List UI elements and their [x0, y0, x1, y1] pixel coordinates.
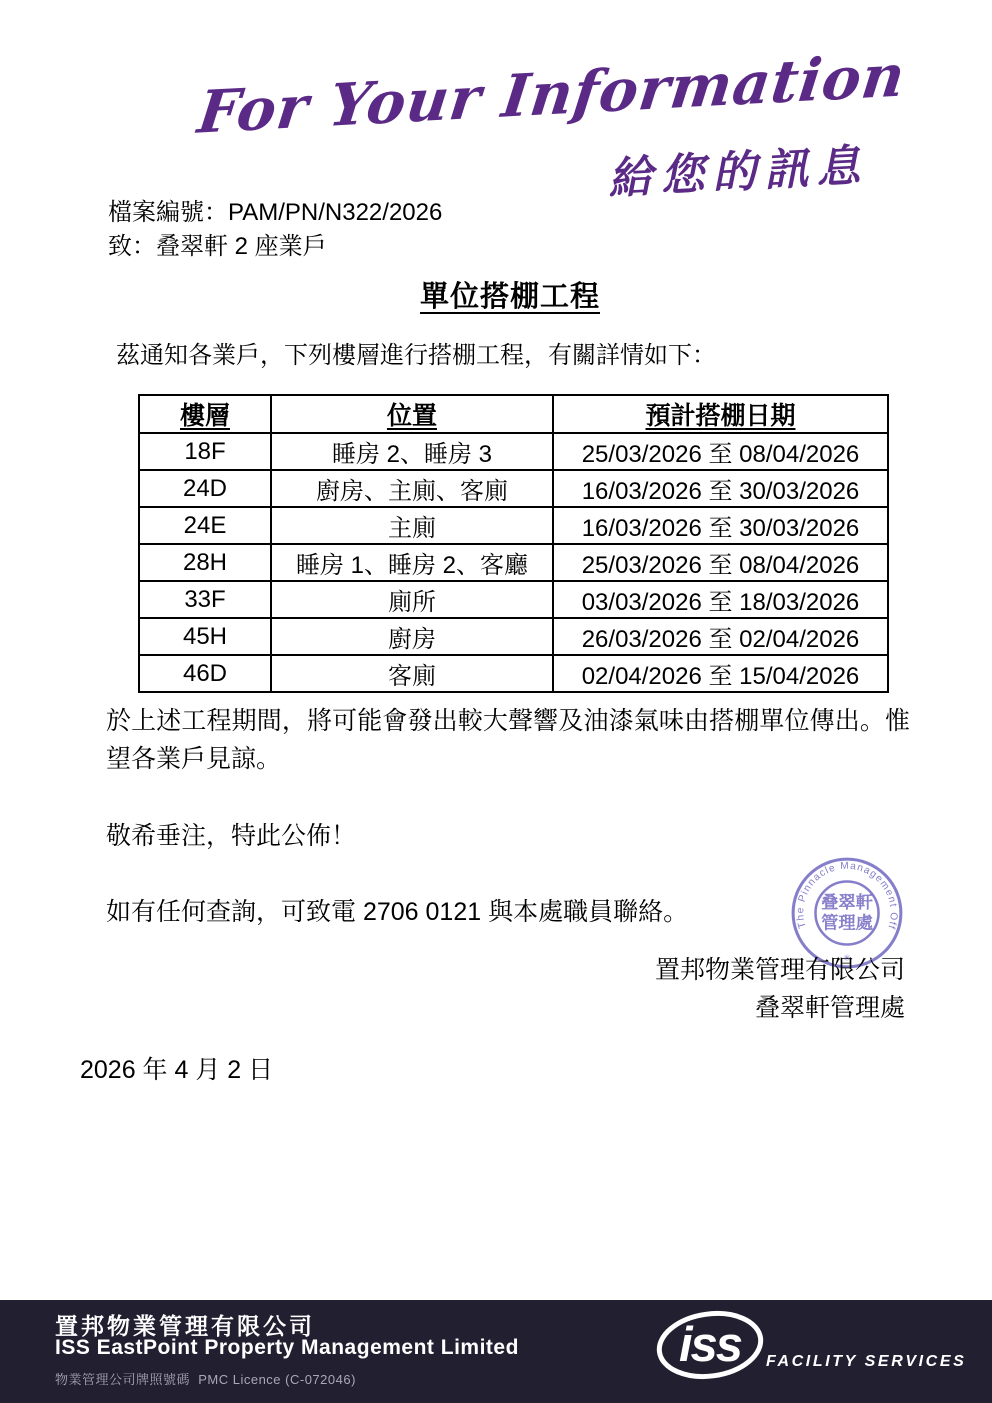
document-date: 2026 年 4 月 2 日	[80, 1050, 273, 1086]
contact-paragraph: 如有任何查詢，可致電 2706 0121 與本處職員聯絡。	[106, 892, 688, 928]
floor-header: 樓層	[139, 395, 271, 433]
dates-cell: 02/04/2026 至 15/04/2026	[553, 655, 888, 692]
location-cell: 睡房 2、睡房 3	[271, 433, 553, 470]
scaffolding-schedule-table: 樓層 位置 預計搭棚日期 18F睡房 2、睡房 325/03/2026 至 08…	[138, 394, 889, 693]
table-row: 46D客廁02/04/2026 至 15/04/2026	[139, 655, 888, 692]
location-cell: 客廁	[271, 655, 553, 692]
floor-cell: 33F	[139, 581, 271, 618]
table-row: 45H廚房26/03/2026 至 02/04/2026	[139, 618, 888, 655]
addressee-line: 致：叠翠軒 2 座業戶	[108, 226, 327, 261]
iss-logo-caption: FACILITY SERVICES	[766, 1353, 966, 1370]
floor-cell: 24D	[139, 470, 271, 507]
table-header-row: 樓層 位置 預計搭棚日期	[139, 395, 888, 433]
for-your-information-chinese: 給您的訊息	[607, 129, 870, 207]
floor-cell: 46D	[139, 655, 271, 692]
location-cell: 廁所	[271, 581, 553, 618]
iss-logo: iss FACILITY SERVICES	[648, 1304, 968, 1396]
intro-paragraph: 茲通知各業戶，下列樓層進行搭棚工程，有關詳情如下：	[116, 335, 716, 370]
dates-cell: 16/03/2026 至 30/03/2026	[553, 470, 888, 507]
dates-cell: 25/03/2026 至 08/04/2026	[553, 544, 888, 581]
iss-logo-text: iss	[679, 1318, 742, 1372]
dates-cell: 03/03/2026 至 18/03/2026	[553, 581, 888, 618]
location-header: 位置	[271, 395, 553, 433]
location-cell: 睡房 1、睡房 2、客廳	[271, 544, 553, 581]
dates-cell: 26/03/2026 至 02/04/2026	[553, 618, 888, 655]
table-row: 33F廁所03/03/2026 至 18/03/2026	[139, 581, 888, 618]
table-body: 18F睡房 2、睡房 325/03/2026 至 08/04/202624D廚房…	[139, 433, 888, 692]
location-cell: 主廁	[271, 507, 553, 544]
floor-cell: 28H	[139, 544, 271, 581]
noise-notice-paragraph: 於上述工程期間，將可能會發出較大聲響及油漆氣味由搭棚單位傳出。惟望各業戶見諒。	[106, 702, 910, 778]
table-row: 24D廚房、主廁、客廁16/03/2026 至 30/03/2026	[139, 470, 888, 507]
location-cell: 廚房	[271, 618, 553, 655]
table-row: 18F睡房 2、睡房 325/03/2026 至 08/04/2026	[139, 433, 888, 470]
floor-cell: 24E	[139, 507, 271, 544]
dates-header: 預計搭棚日期	[553, 395, 888, 433]
footer-company-english: ISS EastPoint Property Management Limite…	[55, 1336, 519, 1360]
page-title: 單位搭棚工程	[110, 274, 910, 315]
footer-licence-line: 物業管理公司牌照號碼 PMC Licence (C-072046)	[55, 1369, 356, 1388]
signature-company: 置邦物業管理有限公司	[455, 950, 905, 986]
dates-cell: 16/03/2026 至 30/03/2026	[553, 507, 888, 544]
location-cell: 廚房、主廁、客廁	[271, 470, 553, 507]
closing-paragraph: 敬希垂注，特此公佈！	[106, 816, 356, 852]
notice-document: For Your Information 給您的訊息 檔案編號：PAM/PN/N…	[0, 0, 992, 1403]
signature-office: 叠翠軒管理處	[455, 988, 905, 1024]
dates-cell: 25/03/2026 至 08/04/2026	[553, 433, 888, 470]
floor-cell: 18F	[139, 433, 271, 470]
floor-cell: 45H	[139, 618, 271, 655]
for-your-information-script: For Your Information	[194, 41, 909, 147]
stamp-center-line2: 管理處	[821, 912, 873, 932]
table-row: 24E主廁16/03/2026 至 30/03/2026	[139, 507, 888, 544]
footer-bar: 置邦物業管理有限公司 ISS EastPoint Property Manage…	[0, 1300, 992, 1403]
stamp-center-line1: 叠翠軒	[821, 892, 874, 912]
table-row: 28H睡房 1、睡房 2、客廳25/03/2026 至 08/04/2026	[139, 544, 888, 581]
file-number-line: 檔案編號：PAM/PN/N322/2026	[108, 192, 442, 227]
